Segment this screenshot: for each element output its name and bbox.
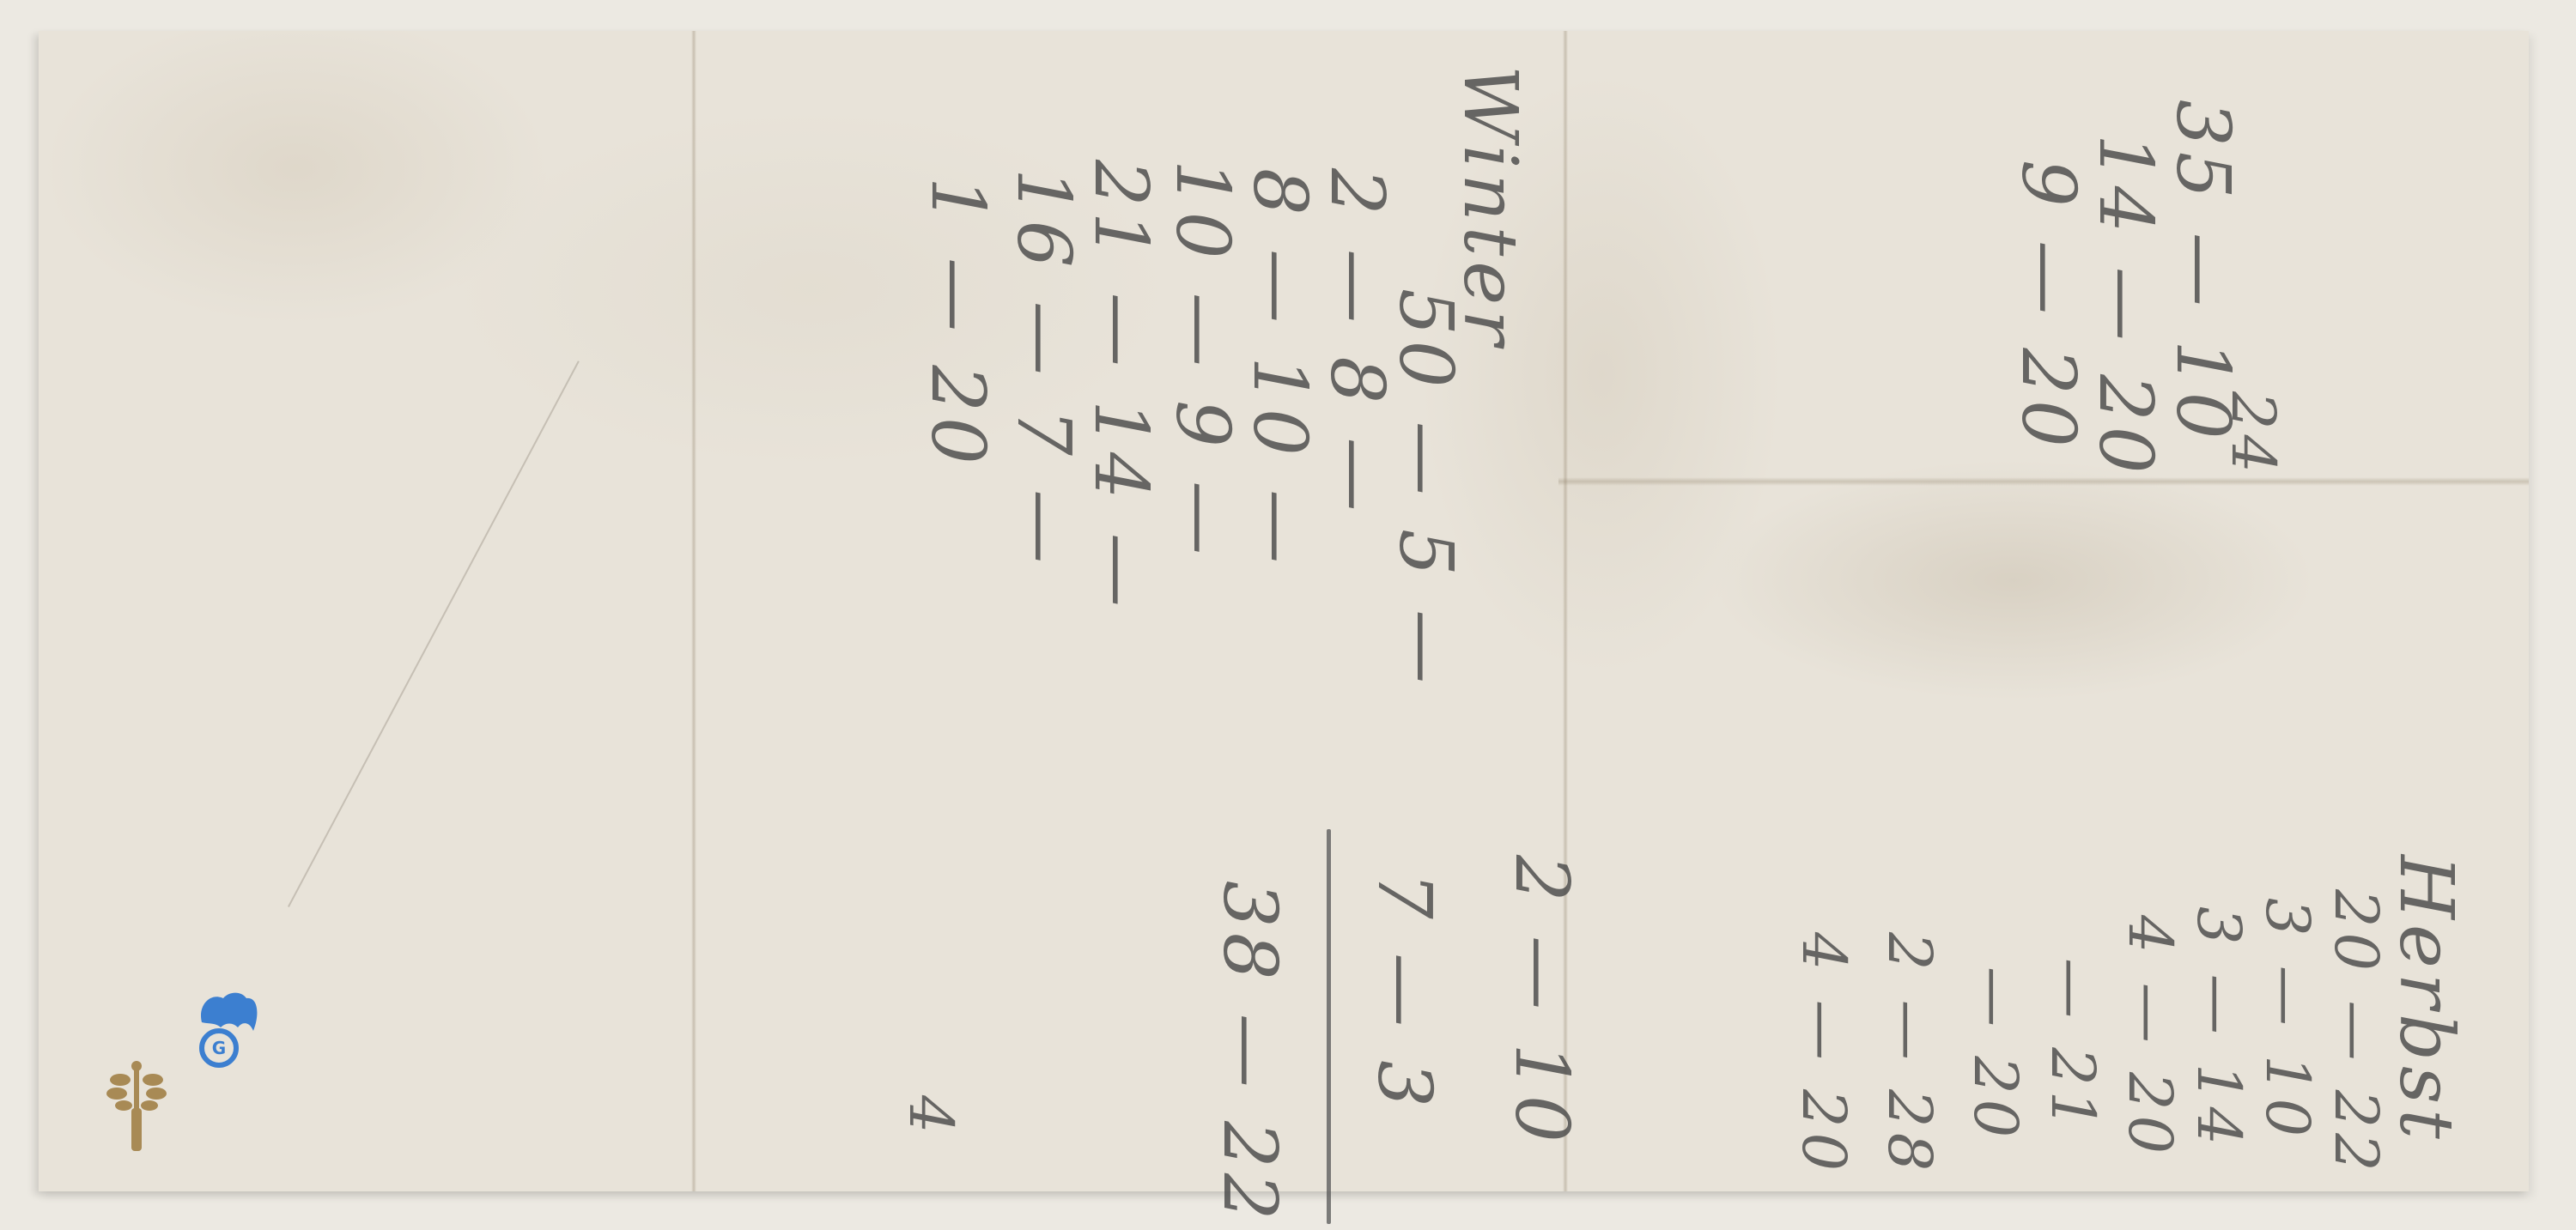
right-bottom-row: 4 — 20 [2115, 915, 2185, 1159]
left-row: 2 — 8 — [1314, 168, 1400, 516]
right-bottom-row: — 20 [1960, 966, 2031, 1142]
gold-collector-stamp [103, 1061, 172, 1159]
left-total: 38 — 22 [1206, 881, 1292, 1226]
tree-stamp-icon [103, 1061, 172, 1155]
left-row: 21 — 14 — [1078, 160, 1163, 612]
right-top-suffix: 24 [2218, 391, 2288, 478]
sum-underline [1327, 829, 1331, 1224]
right-bottom-row: 3 — 14 [2184, 906, 2254, 1150]
right-bottom-row: — 21 [2038, 958, 2108, 1134]
left-row: 8 — 10 — [1236, 168, 1322, 568]
right-bottom-row: 3 — 10 [2252, 898, 2323, 1142]
right-bottom-row: 20 — 22 [2321, 889, 2391, 1177]
page-number: 4 [896, 1095, 966, 1139]
right-bottom-row: 2 — 28 [1874, 932, 1945, 1176]
right-bottom-heading: Herbst [2383, 855, 2469, 1144]
right-top-row: 14 — 20 [2082, 134, 2168, 479]
eagle-stamp-icon: G [193, 988, 262, 1074]
crease-diagonal [288, 361, 580, 907]
left-subtotal: 2 — 10 [1498, 855, 1584, 1148]
fold-line-horizontal [1558, 477, 2529, 486]
left-row: 16 — 7 — [1000, 168, 1086, 568]
left-row: 10 — 9 — [1159, 160, 1245, 560]
left-row: 1 — 20 [914, 177, 1000, 470]
paper-sheet: Winter 50 — 5 — 2 — 8 — 8 — 10 — 10 — 9 … [39, 31, 2529, 1191]
right-bottom-row: 4 — 20 [1789, 932, 1859, 1176]
svg-text:G: G [212, 1038, 226, 1058]
left-subtotal: 7 — 3 [1361, 872, 1447, 1112]
blue-collector-stamp: G [193, 988, 262, 1077]
fold-line-vertical-left [691, 31, 696, 1191]
right-top-row: 9 — 20 [2005, 160, 2091, 452]
